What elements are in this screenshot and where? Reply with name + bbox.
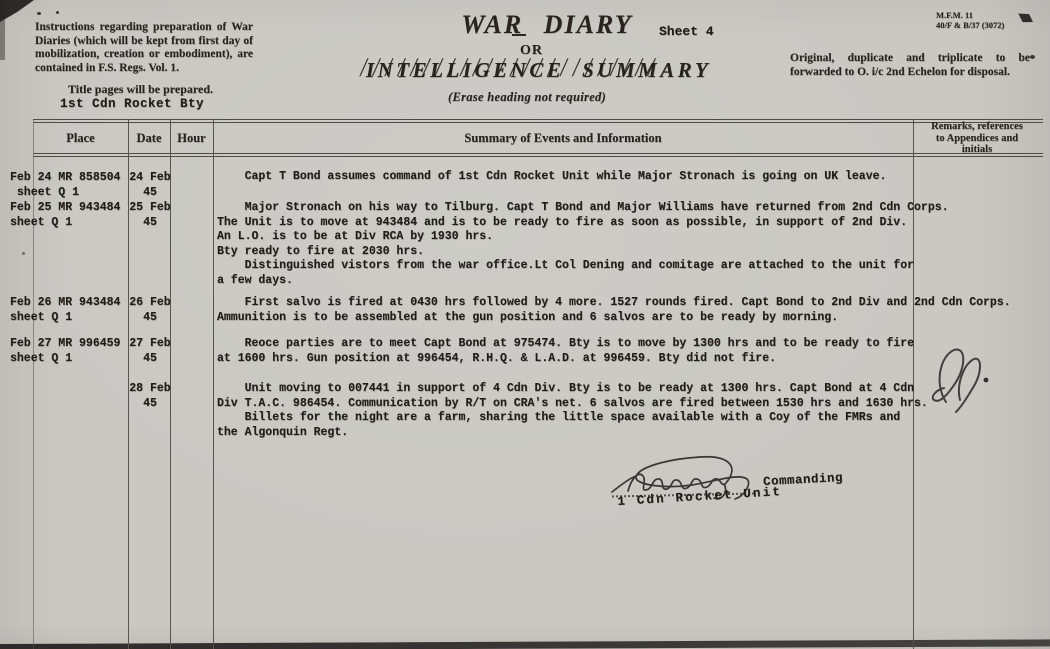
entry-place: Feb 25 MR 943484 sheet Q 1 (10, 200, 120, 230)
disposal-note: Original, duplicate and triplicate to be… (790, 52, 1030, 79)
war-diary-page: Instructions regarding preparation of Wa… (0, 0, 1050, 649)
table-top-rule (33, 119, 1043, 120)
entry-summary: Capt T Bond assumes command of 1st Cdn R… (217, 170, 886, 185)
entry-place: Feb 24 MR 858504 sheet Q 1 (10, 170, 120, 200)
entry-date: 25 Feb 45 (128, 200, 172, 230)
column-header-remarks: Remarks, references to Appendices and in… (915, 121, 1039, 156)
entry-place: Feb 26 MR 943484 sheet Q 1 (10, 295, 120, 325)
entry-summary: Reoce parties are to meet Capt Bond at 9… (217, 337, 914, 366)
erase-heading-note: (Erase heading not required) (448, 90, 606, 105)
sheet-number: Sheet 4 (659, 24, 714, 39)
column-header-date: Date (128, 131, 170, 146)
hour-summary-divider (213, 119, 214, 649)
table-top-rule-2 (33, 122, 1043, 123)
ink-speck (22, 252, 25, 255)
entry-place: Feb 27 MR 996459 sheet Q 1 (10, 336, 120, 366)
scan-bottom-edge (0, 639, 1050, 649)
underscore-mark (512, 34, 526, 36)
entry-summary: Unit moving to 007441 in support of 4 Cd… (217, 382, 928, 440)
entry-date: 26 Feb 45 (128, 295, 172, 325)
unit-name: 1st Cdn Rocket Bty (60, 97, 204, 111)
form-number: M.F.M. 11 40/F & B/37 (3072) (936, 11, 1004, 30)
entry-date: 28 Feb 45 (128, 381, 172, 411)
column-header-hour: Hour (170, 131, 213, 146)
entry-summary: Major Stronach on his way to Tilburg. Ca… (217, 201, 949, 289)
header-bottom-rule-2 (33, 156, 1043, 157)
entry-date: 27 Feb 45 (128, 336, 172, 366)
entry-date: 24 Feb 45 (128, 170, 172, 200)
ink-speck (1030, 55, 1035, 59)
scan-blob (1016, 10, 1036, 26)
period-dot (984, 378, 989, 383)
strikethrough-slashes: //////////////////////// (358, 52, 698, 86)
ink-speck (37, 12, 41, 15)
column-header-place: Place (33, 131, 128, 146)
page-title: WAR DIARY (402, 10, 692, 40)
scan-edge-smudge (0, 0, 5, 60)
header-bottom-rule (33, 153, 1043, 154)
entry-summary: First salvo is fired at 0430 hrs followe… (217, 296, 1011, 325)
remarks-initials-signature (916, 340, 996, 418)
title-pages-note: Title pages will be prepared. (68, 82, 213, 97)
instructions-text: Instructions regarding preparation of Wa… (35, 21, 253, 75)
column-header-summary: Summary of Events and Information (213, 131, 913, 146)
ink-speck (56, 11, 59, 14)
scan-corner-mark (0, 0, 34, 22)
